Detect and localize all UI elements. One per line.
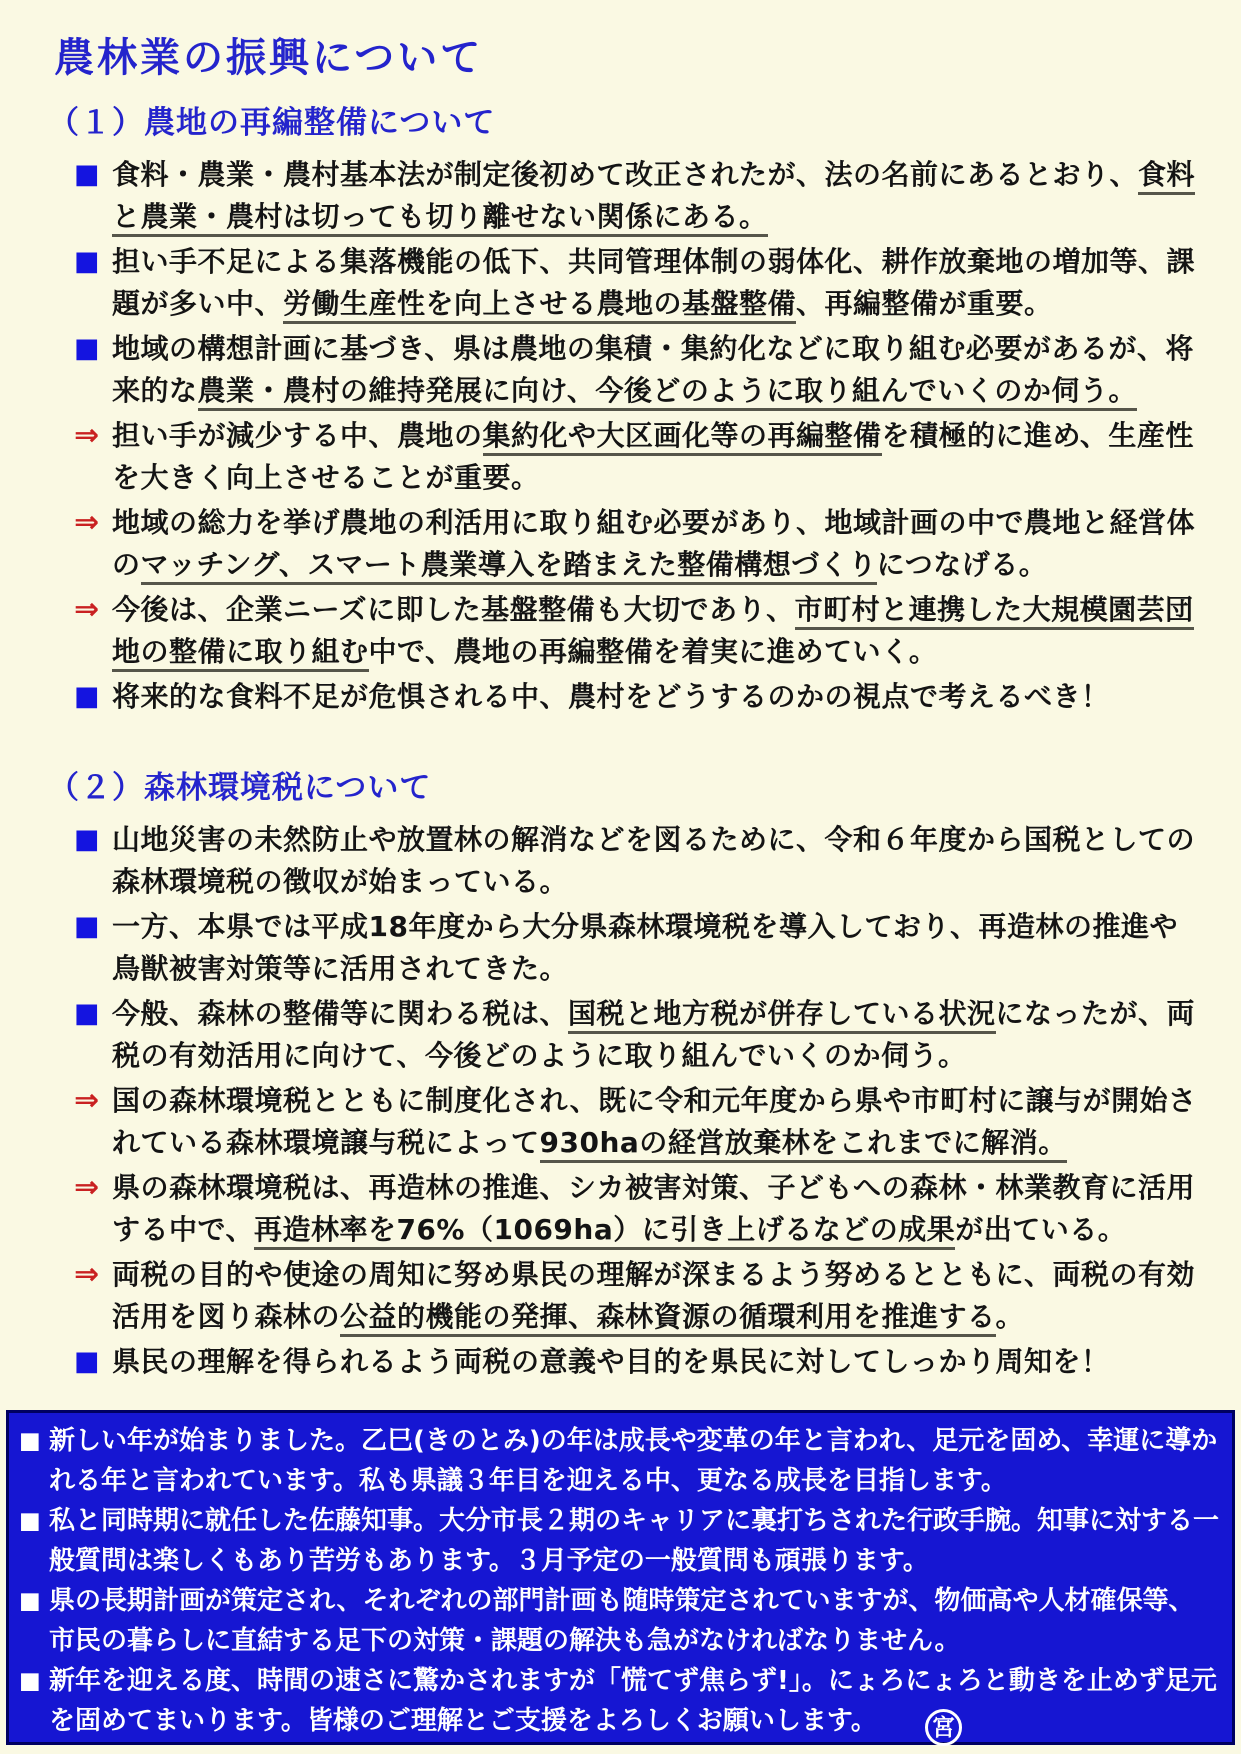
text-segment: につなげる。 [877, 548, 1047, 581]
text-segment: 今後は、企業ニーズに即した基盤整備も大切であり、 [112, 593, 795, 626]
section-2-items: ■山地災害の未然防止や放置林の解消などを図るために、令和６年度から国税としての森… [74, 819, 1201, 1383]
author-seal-icon: 宮 [925, 1709, 962, 1746]
text-segment: が出ている。 [955, 1213, 1126, 1246]
bullet-square-icon: ■ [74, 1341, 100, 1383]
section-2: （２）森林環境税について ■山地災害の未然防止や放置林の解消などを図るために、令… [48, 762, 1201, 1383]
text-segment: 一方、本県では平成18年度から大分県森林環境税を導入しており、再造林の推進や鳥獣… [112, 910, 1178, 985]
bullet-item: ■担い手不足による集落機能の低下、共同管理体制の弱体化、耕作放棄地の増加等、課題… [74, 241, 1201, 325]
text-segment: 新しい年が始まりました。乙巳(きのとみ)の年は成長や変革の年と言われ、足元を固め… [49, 1426, 1217, 1496]
arrow-icon: ⇒ [74, 1080, 100, 1122]
bullet-square-icon: ■ [74, 993, 100, 1035]
text-segment: 県民の理解を得られるよう両税の意義や目的を県民に対してしっかり周知を！ [112, 1345, 1110, 1378]
underlined-text: 集約化や大区画化等の再編整備 [483, 419, 882, 456]
bullet-item: ■山地災害の未然防止や放置林の解消などを図るために、令和６年度から国税としての森… [74, 819, 1201, 903]
bullet-square-icon: ■ [74, 241, 100, 283]
section-1: （１）農地の再編整備について ■食料・農業・農村基本法が制定後初めて改正されたが… [48, 97, 1201, 718]
text-segment: 。 [996, 1300, 1025, 1333]
underlined-text: 再造林率を76%（1069ha）に引き上げるなどの成果 [254, 1213, 955, 1250]
text-segment: 山地災害の未然防止や放置林の解消などを図るために、令和６年度から国税としての森林… [112, 823, 1195, 898]
footer-item: ■県の長期計画が策定され、それぞれの部門計画も随時策定されていますが、物価高や人… [19, 1581, 1220, 1661]
bullet-item: ■地域の構想計画に基づき、県は農地の集積・集約化などに取り組む必要があるが、将来… [74, 328, 1201, 412]
bullet-square-icon: ■ [19, 1581, 41, 1621]
arrow-icon: ⇒ [74, 1254, 100, 1296]
section-2-heading: （２）森林環境税について [48, 762, 1201, 807]
bullet-item: ■一方、本県では平成18年度から大分県森林環境税を導入しており、再造林の推進や鳥… [74, 906, 1201, 990]
bullet-square-icon: ■ [74, 676, 100, 718]
text-segment: 中で、農地の再編整備を着実に進めていく。 [369, 635, 938, 668]
text-segment: 県の長期計画が策定され、それぞれの部門計画も随時策定されていますが、物価高や人材… [49, 1586, 1195, 1656]
arrow-icon: ⇒ [74, 1167, 100, 1209]
underlined-text: 国税と地方税が併存している状況 [568, 997, 996, 1034]
underlined-text: 労働生産性を向上させる農地の基盤整備 [283, 287, 796, 324]
bullet-square-icon: ■ [74, 906, 100, 948]
arrow-icon: ⇒ [74, 415, 100, 457]
bullet-item: ⇒両税の目的や使途の周知に努め県民の理解が深まるよう努めるとともに、両税の有効活… [74, 1254, 1201, 1338]
text-segment: 、再編整備が重要。 [796, 287, 1053, 320]
bullet-square-icon: ■ [19, 1421, 41, 1461]
bullet-item: ■県民の理解を得られるよう両税の意義や目的を県民に対してしっかり周知を！ [74, 1341, 1201, 1383]
bullet-item: ■今般、森林の整備等に関わる税は、国税と地方税が併存している状況になったが、両税… [74, 993, 1201, 1077]
footer-box: ■新しい年が始まりました。乙巳(きのとみ)の年は成長や変革の年と言われ、足元を固… [6, 1410, 1235, 1745]
bullet-item: ■将来的な食料不足が危惧される中、農村をどうするのかの視点で考えるべき！ [74, 676, 1201, 718]
underlined-text: 公益的機能の発揮、森林資源の循環利用を推進する [340, 1300, 996, 1337]
bullet-item: ⇒県の森林環境税は、再造林の推進、シカ被害対策、子どもへの森林・林業教育に活用す… [74, 1167, 1201, 1251]
text-segment: 私と同時期に就任した佐藤知事。大分市長２期のキャリアに裏打ちされた行政手腕。知事… [49, 1506, 1219, 1576]
bullet-square-icon: ■ [74, 154, 100, 196]
bullet-item: ⇒今後は、企業ニーズに即した基盤整備も大切であり、市町村と連携した大規模園芸団地… [74, 589, 1201, 673]
footer-items: ■新しい年が始まりました。乙巳(きのとみ)の年は成長や変革の年と言われ、足元を固… [19, 1421, 1220, 1746]
underlined-text: マッチング、スマート農業導入を踏まえた整備構想づくり [141, 548, 877, 585]
bullet-item: ⇒担い手が減少する中、農地の集約化や大区画化等の再編整備を積極的に進め、生産性を… [74, 415, 1201, 499]
arrow-icon: ⇒ [74, 589, 100, 631]
bullet-square-icon: ■ [74, 819, 100, 861]
bullet-item: ■食料・農業・農村基本法が制定後初めて改正されたが、法の名前にあるとおり、食料と… [74, 154, 1201, 238]
text-segment: 今般、森林の整備等に関わる税は、 [112, 997, 568, 1030]
text-segment: 食料・農業・農村基本法が制定後初めて改正されたが、法の名前にあるとおり、 [112, 158, 1138, 191]
bullet-item: ⇒国の森林環境税とともに制度化され、既に令和元年度から県や市町村に譲与が開始され… [74, 1080, 1201, 1164]
page-title: 農林業の振興について [54, 26, 1201, 83]
text-segment: 担い手が減少する中、農地の [112, 419, 483, 452]
footer-item: ■新年を迎える度、時間の速さに驚かされますが「慌てず焦らず!」。にょろにょろと動… [19, 1661, 1220, 1746]
footer-item: ■私と同時期に就任した佐藤知事。大分市長２期のキャリアに裏打ちされた行政手腕。知… [19, 1501, 1220, 1581]
bullet-square-icon: ■ [19, 1661, 41, 1701]
bullet-square-icon: ■ [19, 1501, 41, 1541]
text-segment: 新年を迎える度、時間の速さに驚かされますが「慌てず焦らず!」。にょろにょろと動き… [49, 1666, 1217, 1736]
bullet-square-icon: ■ [74, 328, 100, 370]
footer-item: ■新しい年が始まりました。乙巳(きのとみ)の年は成長や変革の年と言われ、足元を固… [19, 1421, 1220, 1501]
underlined-text: 農業・農村の維持発展に向け、今後どのように取り組んでいくのか伺う。 [198, 374, 1137, 411]
section-1-items: ■食料・農業・農村基本法が制定後初めて改正されたが、法の名前にあるとおり、食料と… [74, 154, 1201, 718]
bullet-item: ⇒地域の総力を挙げ農地の利活用に取り組む必要があり、地域計画の中で農地と経営体の… [74, 502, 1201, 586]
text-segment: 将来的な食料不足が危惧される中、農村をどうするのかの視点で考えるべき！ [112, 680, 1110, 713]
document-body: 農林業の振興について （１）農地の再編整備について ■食料・農業・農村基本法が制… [0, 0, 1241, 1383]
section-1-heading: （１）農地の再編整備について [48, 97, 1201, 142]
arrow-icon: ⇒ [74, 502, 100, 544]
underlined-text: 930haの経営放棄林をこれまでに解消。 [540, 1126, 1067, 1163]
